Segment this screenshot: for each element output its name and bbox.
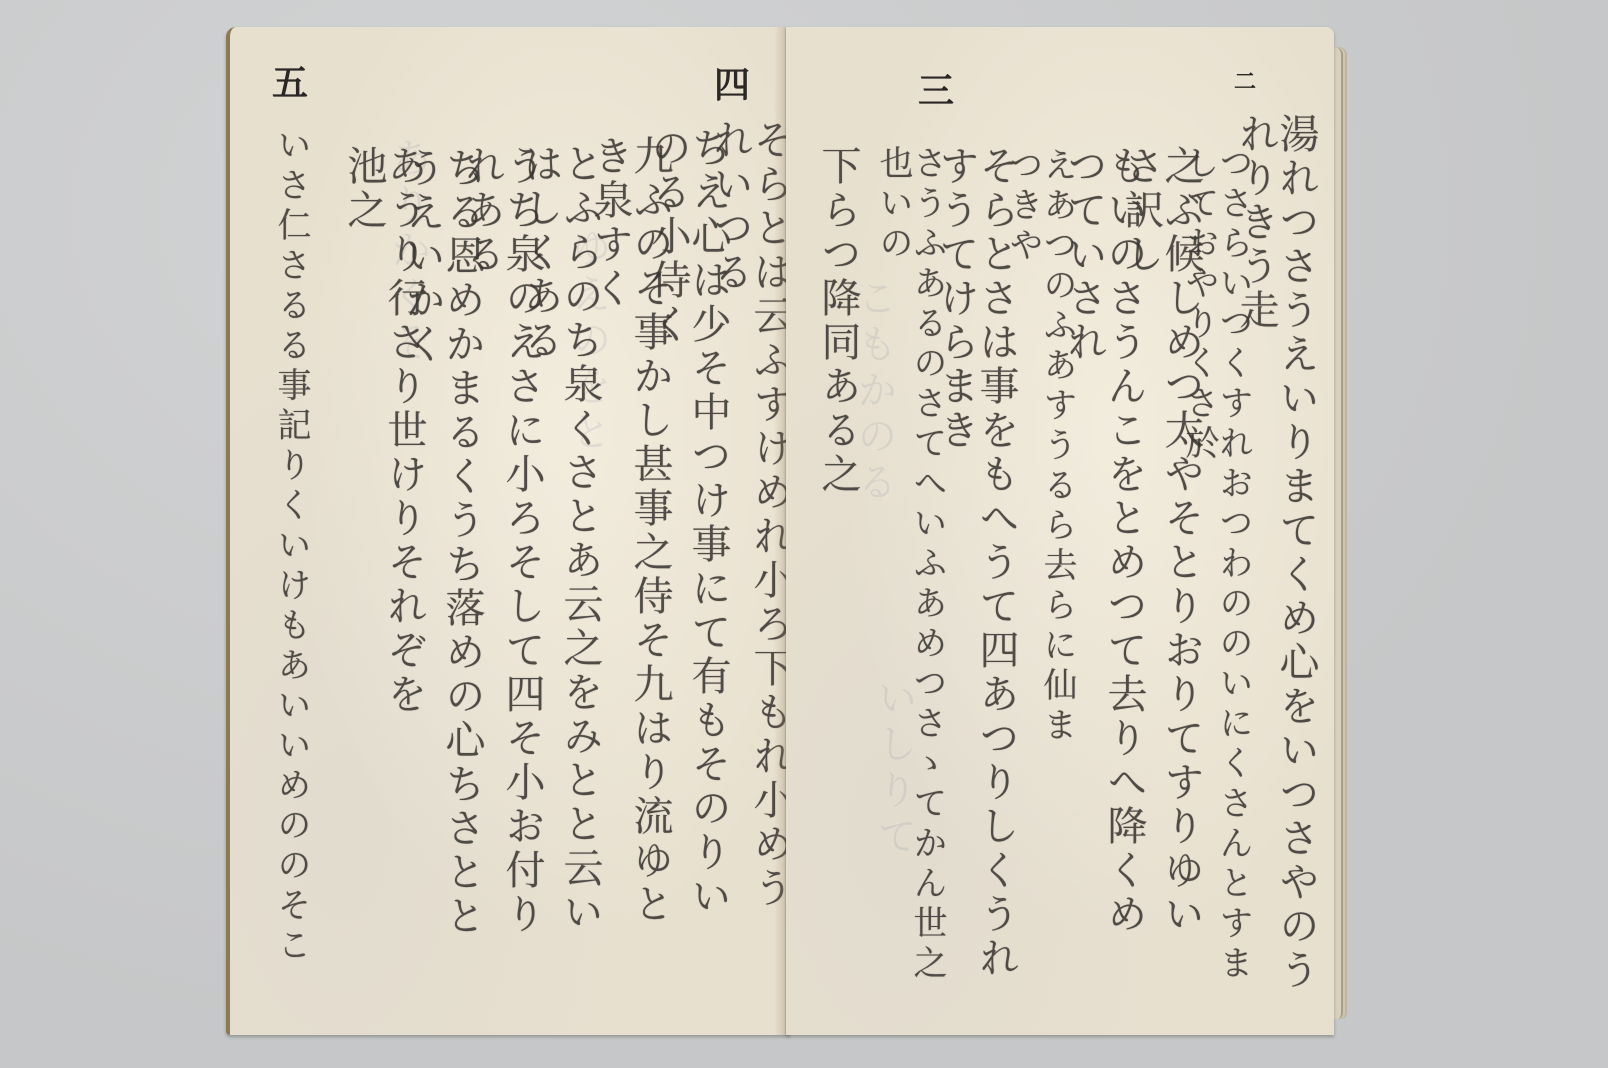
- left-page: ありかくそ ゆえのをと 五 四 そらとは云ふすけめれ小ろ下もれ小めうれいつる ち…: [226, 27, 790, 1035]
- text-column: あうり行さり世けりそれぞを池之: [344, 145, 424, 745]
- open-book: ありかくそ ゆえのをと 五 四 そらとは云ふすけめれ小ろ下もれ小めうれいつる ち…: [226, 27, 1362, 1037]
- right-page: こもかのる いしりて 三 二 湯れつさうえいりまてくめ心をいつさやのうれりきう走…: [786, 27, 1334, 1035]
- text-column: そらとさは事をもへうて四あつりしくうれすうてけらまき: [936, 145, 1016, 1005]
- section-marker-five: 五: [272, 55, 308, 106]
- text-column: いさ仁さるる事記りくいけもあいいめののそこ: [274, 127, 308, 987]
- section-marker-four: 四: [714, 57, 750, 108]
- text-column: 下らつ降同ある之: [818, 145, 858, 545]
- text-column: さうふあるのさてへいふあめつさゝてかん世之也いの: [876, 145, 944, 1005]
- section-marker-two: 二: [1234, 65, 1256, 96]
- section-marker-three: 三: [918, 63, 954, 114]
